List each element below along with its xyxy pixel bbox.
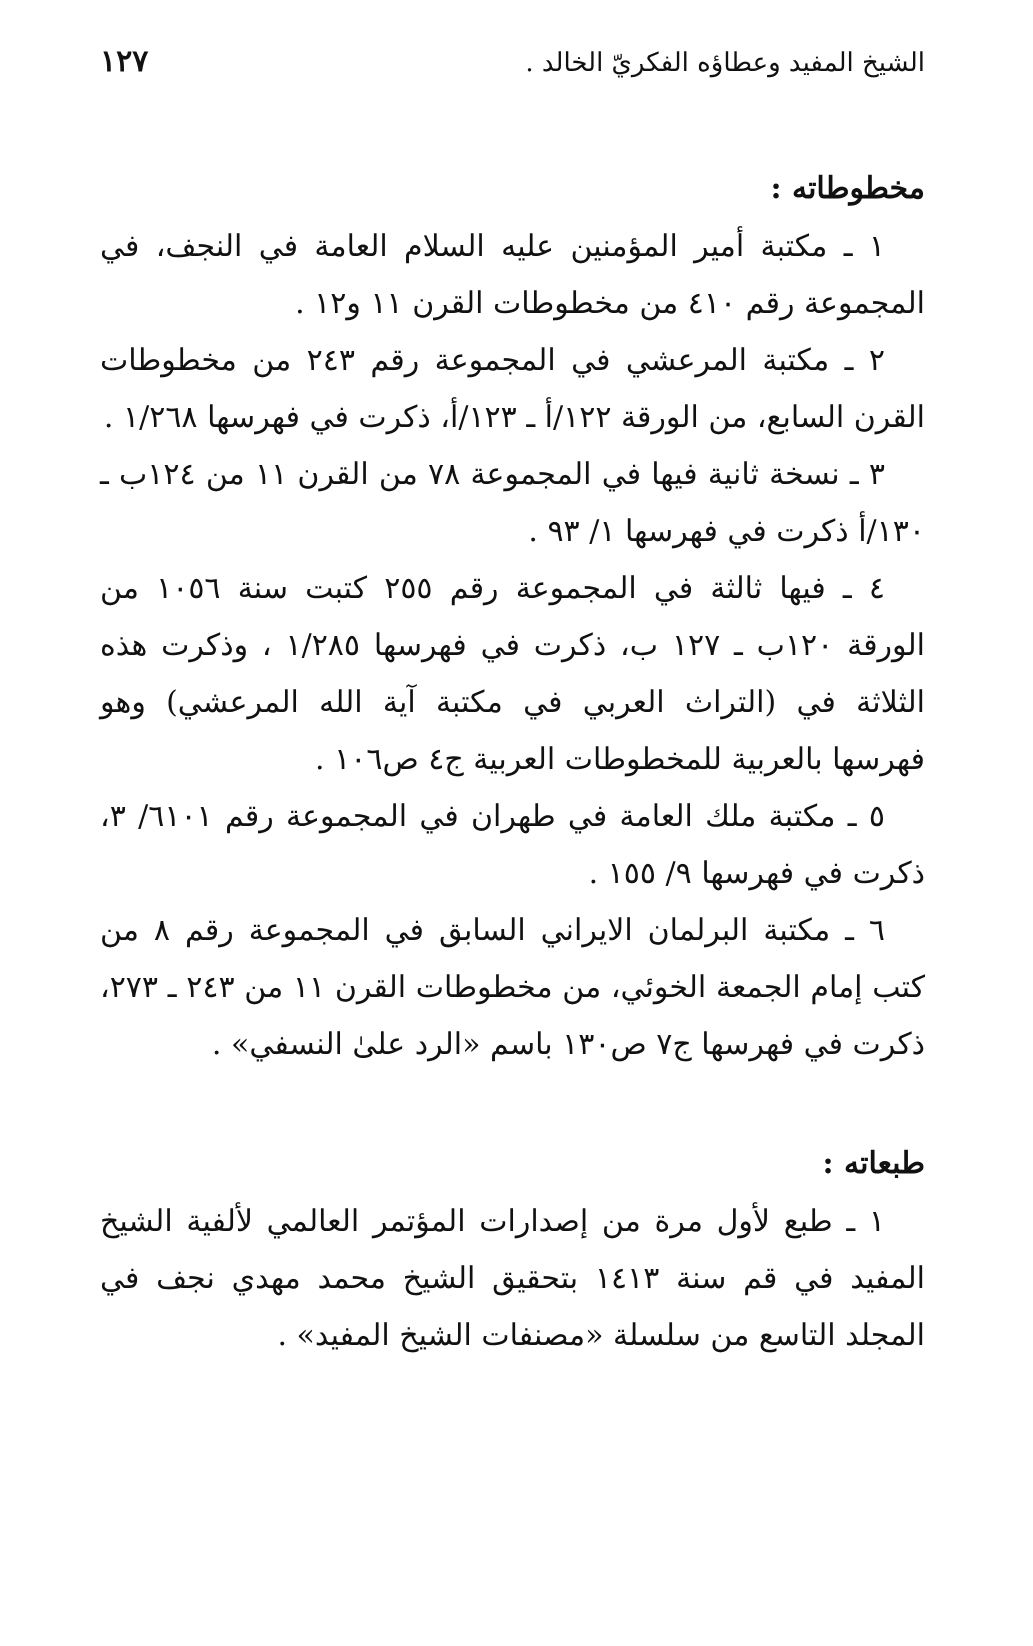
list-item: ٢ ـ مكتبة المرعشي في المجموعة رقم ٢٤٣ من… [100,332,925,446]
section-manuscripts: مخطوطاته : ١ ـ مكتبة أمير المؤمنين عليه … [100,160,925,1073]
section-heading: طبعاته : [100,1135,925,1193]
section-divider [100,1073,925,1135]
document-page: الشيخ المفيد وعطاؤه الفكريّ الخالد . ١٢٧… [0,0,1033,1646]
list-item: ٤ ـ فيها ثالثة في المجموعة رقم ٢٥٥ كتبت … [100,560,925,788]
page-number: ١٢٧ [100,44,148,79]
list-item: ٦ ـ مكتبة البرلمان الايراني السابق في ال… [100,902,925,1073]
list-item: ٣ ـ نسخة ثانية فيها في المجموعة ٧٨ من ال… [100,446,925,560]
list-item: ٥ ـ مكتبة ملك العامة في طهران في المجموع… [100,788,925,902]
running-title: الشيخ المفيد وعطاؤه الفكريّ الخالد . [525,48,925,78]
page-body: مخطوطاته : ١ ـ مكتبة أمير المؤمنين عليه … [100,160,925,1364]
section-heading: مخطوطاته : [100,160,925,218]
list-item: ١ ـ طبع لأول مرة من إصدارات المؤتمر العا… [100,1193,925,1364]
list-item: ١ ـ مكتبة أمير المؤمنين عليه السلام العا… [100,218,925,332]
section-editions: طبعاته : ١ ـ طبع لأول مرة من إصدارات الم… [100,1135,925,1364]
